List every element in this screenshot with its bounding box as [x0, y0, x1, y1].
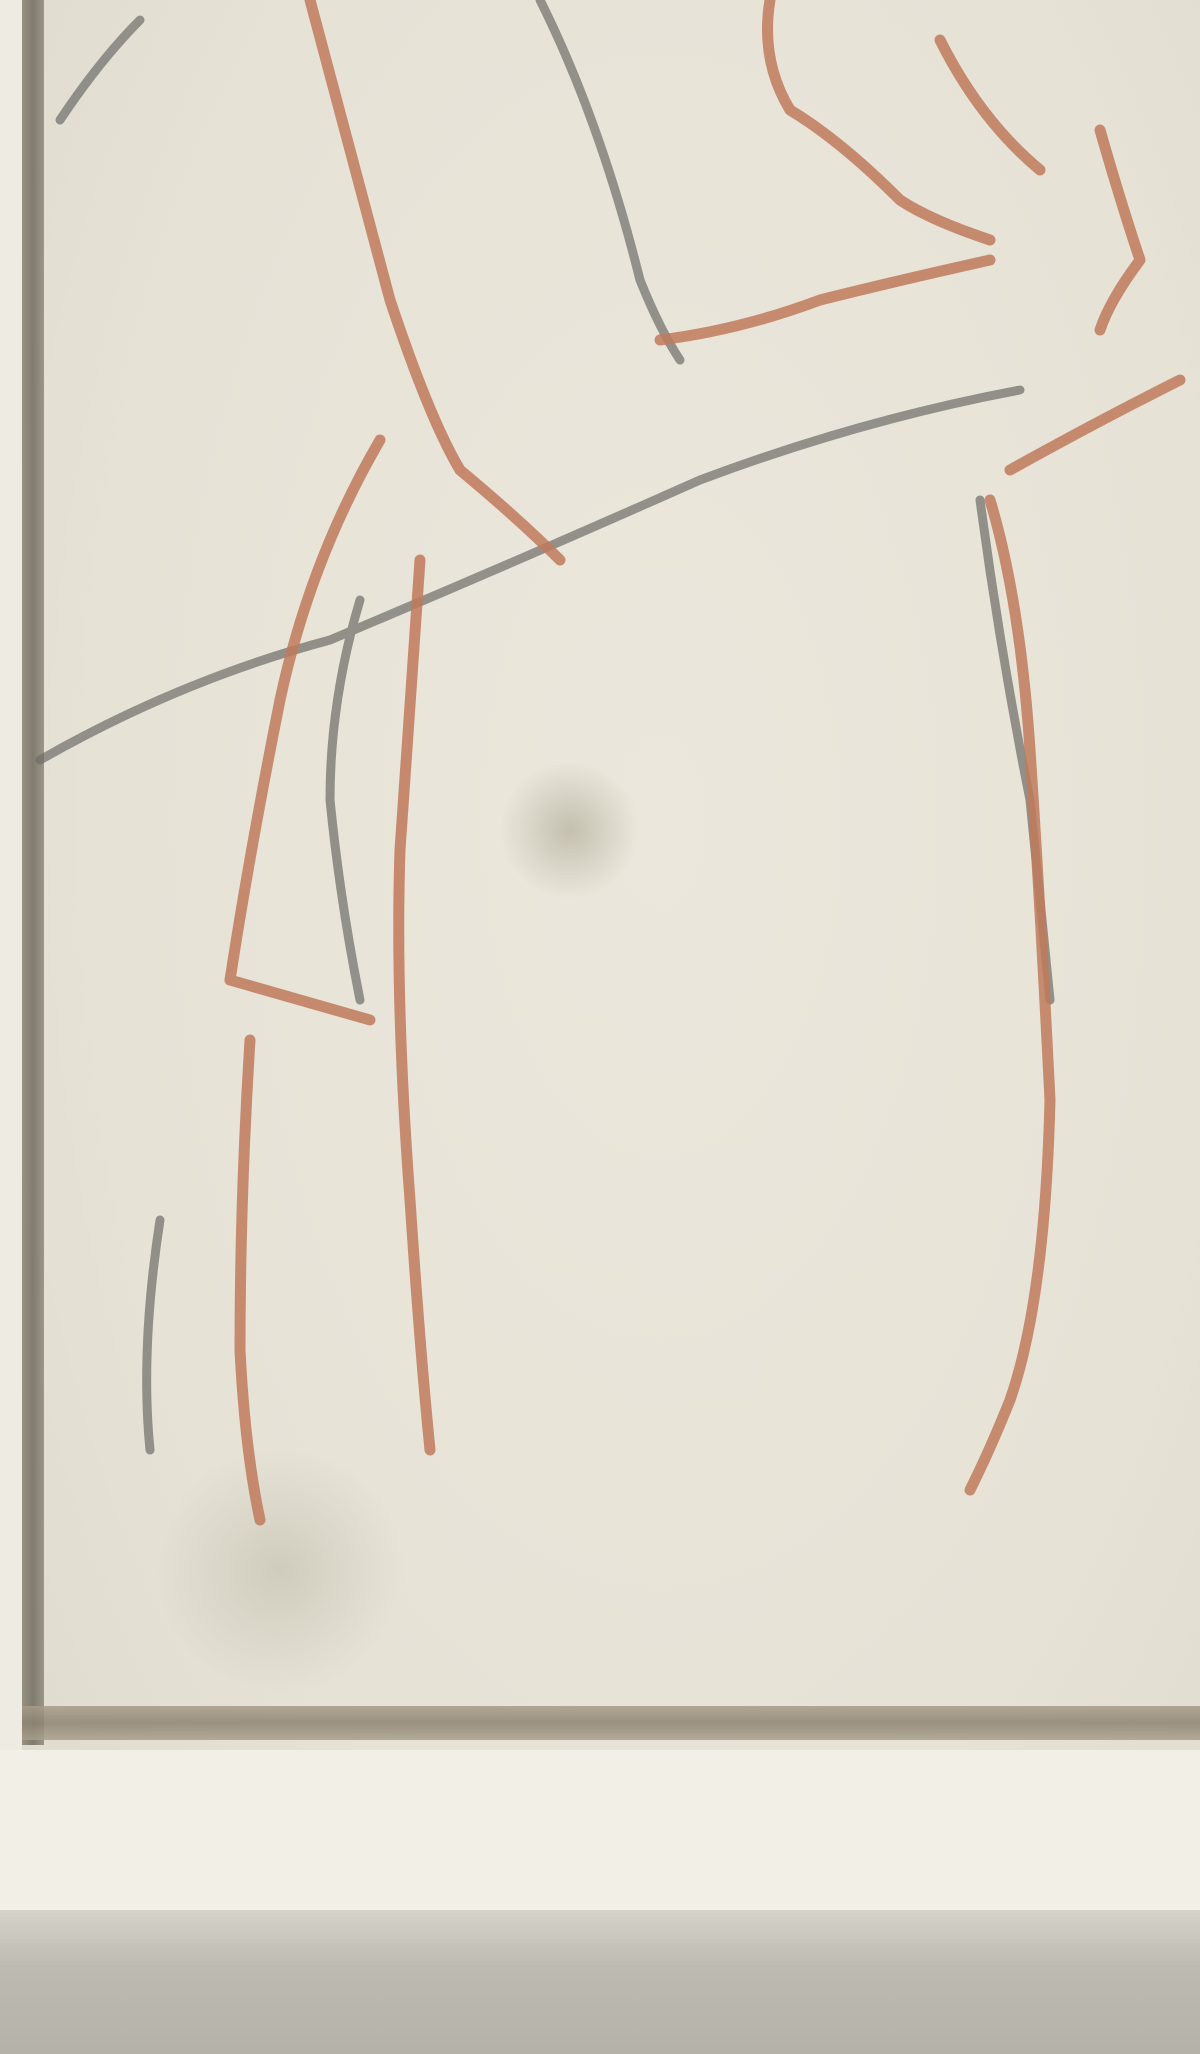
sketch-drawing	[0, 0, 1200, 2054]
